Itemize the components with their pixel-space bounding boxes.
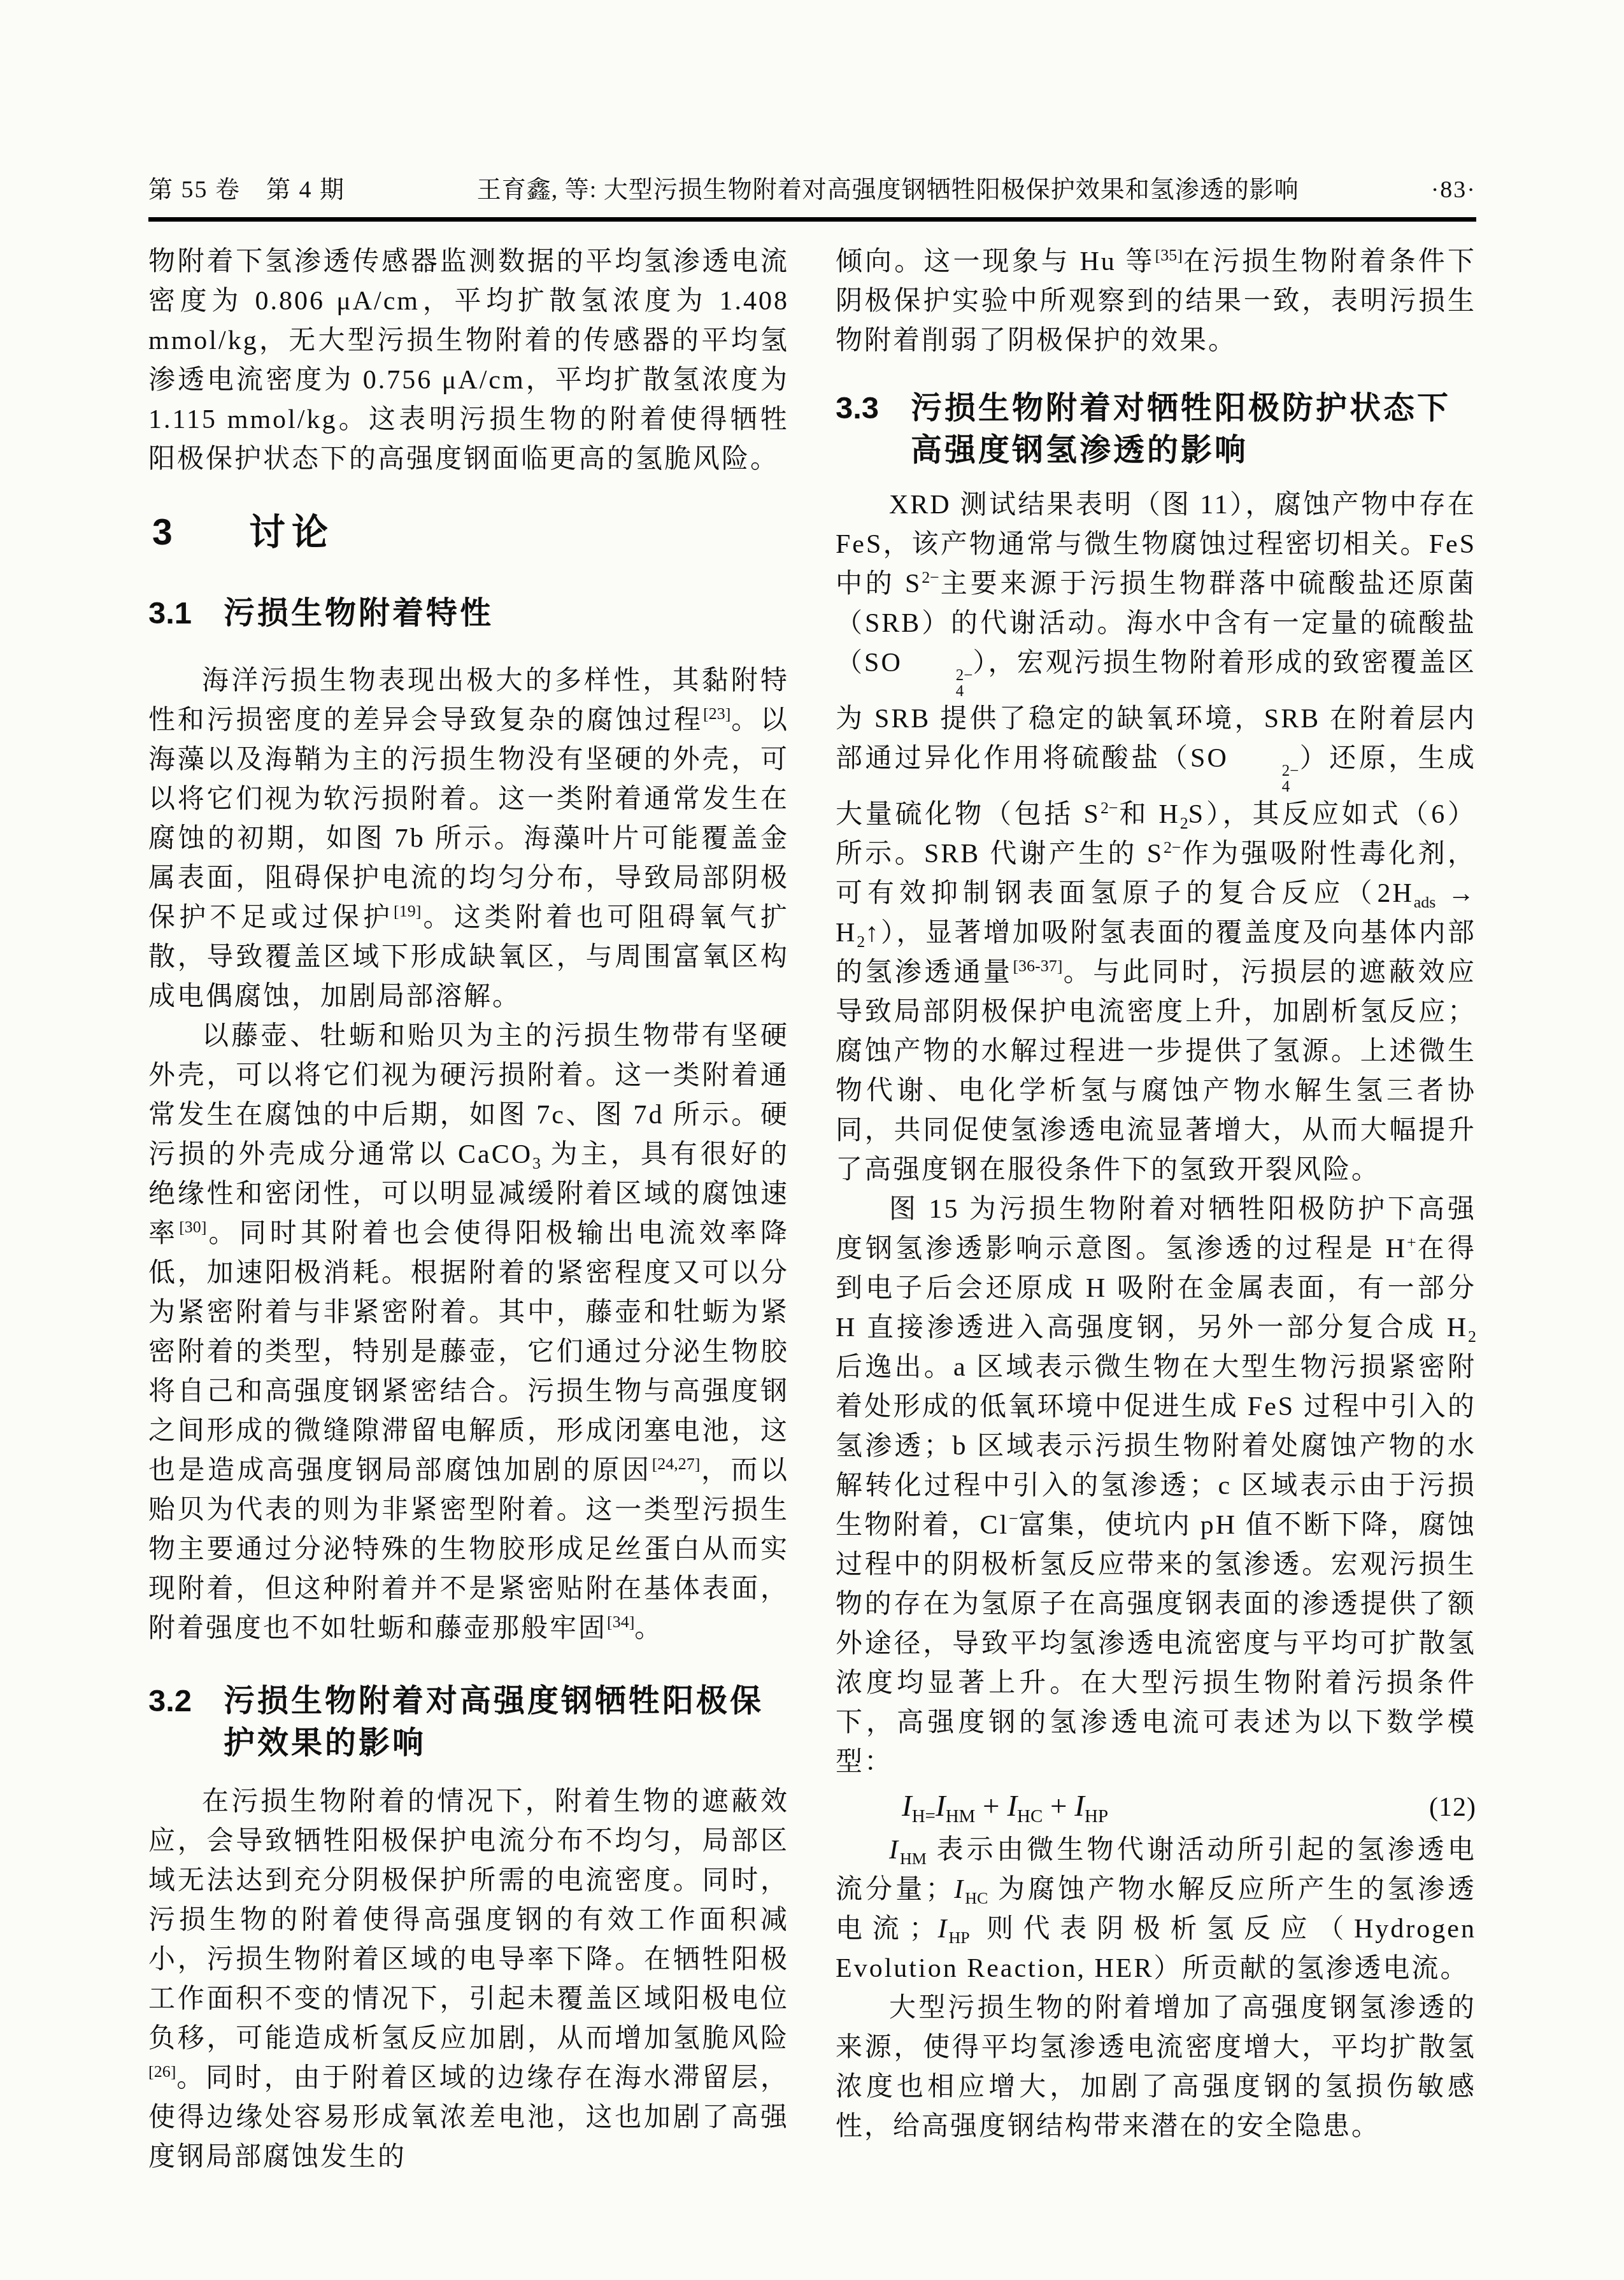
section-number: 3 — [152, 508, 249, 557]
paragraph-tendency-continuation: 倾向。这一现象与 Hu 等[35]在污损生物附着条件下阴极保护实验中所观察到的结… — [836, 242, 1476, 360]
subsection-heading-3-1: 3.1 污损生物附着特性 — [148, 592, 789, 634]
equation-expression: IH=IHM + IHC + IHP — [902, 1786, 1108, 1827]
section-heading-discussion: 3 讨论 — [152, 508, 789, 557]
section-title: 讨论 — [249, 508, 334, 557]
paragraph-xrd-srb: XRD 测试结果表明（图 11），腐蚀产物中存在 FeS，该产物通常与微生物腐蚀… — [836, 485, 1476, 1190]
paragraph-hard-fouling: 以藤壶、牡蛎和贻贝为主的污损生物带有坚硬外壳，可以将它们视为硬污损附着。这一类附… — [148, 1016, 789, 1648]
subsection-heading-3-3: 3.3 污损生物附着对牺牲阳极防护状态下高强度钢氢渗透的影响 — [836, 387, 1476, 471]
subsection-number: 3.1 — [148, 592, 224, 634]
running-title: 王育鑫, 等: 大型污损生物附着对高强度钢牺牲阳极保护效果和氢渗透的影响 — [345, 176, 1431, 204]
paragraph-intro-continuation: 物附着下氢渗透传感器监测数据的平均氢渗透电流密度为 0.806 μA/cm，平均… — [148, 242, 789, 479]
paragraph-anode-shielding: 在污损生物附着的情况下，附着生物的遮蔽效应，会导致牺牲阳极保护电流分布不均匀，局… — [148, 1782, 789, 2177]
right-column: 倾向。这一现象与 Hu 等[35]在污损生物附着条件下阴极保护实验中所观察到的结… — [836, 242, 1476, 2177]
journal-header: 第 55 卷 第 4 期 王育鑫, 等: 大型污损生物附着对高强度钢牺牲阳极保护… — [148, 176, 1476, 204]
two-column-body: 物附着下氢渗透传感器监测数据的平均氢渗透电流密度为 0.806 μA/cm，平均… — [148, 242, 1476, 2177]
equation-12: IH=IHM + IHC + IHP (12) — [836, 1786, 1476, 1828]
paragraph-soft-fouling: 海洋污损生物表现出极大的多样性，其黏附特性和污损密度的差异会导致复杂的腐蚀过程[… — [148, 661, 789, 1016]
paragraph-current-components: IHM 表示由微生物代谢活动所引起的氢渗透电流分量；IHC 为腐蚀产物水解反应所… — [836, 1830, 1476, 1988]
subsection-number: 3.2 — [148, 1680, 224, 1722]
subsection-title: 污损生物附着特性 — [224, 592, 494, 634]
volume-issue: 第 55 卷 第 4 期 — [148, 176, 345, 204]
left-column: 物附着下氢渗透传感器监测数据的平均氢渗透电流密度为 0.806 μA/cm，平均… — [148, 242, 789, 2177]
subsection-number: 3.3 — [836, 387, 911, 429]
equation-number: (12) — [1429, 1787, 1476, 1828]
paragraph-conclusion: 大型污损生物的附着增加了高强度钢氢渗透的来源，使得平均氢渗透电流密度增大，平均扩… — [836, 1988, 1476, 2146]
subsection-heading-3-2: 3.2 污损生物附着对高强度钢牺牲阳极保护效果的影响 — [148, 1680, 789, 1764]
page-number: ·83· — [1431, 176, 1476, 204]
header-rule — [148, 217, 1476, 222]
paper-page: 第 55 卷 第 4 期 王育鑫, 等: 大型污损生物附着对高强度钢牺牲阳极保护… — [0, 0, 1624, 2280]
paragraph-figure15-model: 图 15 为污损生物附着对牺牲阳极防护下高强度钢氢渗透影响示意图。氢渗透的过程是… — [836, 1190, 1476, 1782]
subsection-title: 污损生物附着对高强度钢牺牲阳极保护效果的影响 — [224, 1680, 789, 1764]
subsection-title: 污损生物附着对牺牲阳极防护状态下高强度钢氢渗透的影响 — [911, 387, 1476, 471]
